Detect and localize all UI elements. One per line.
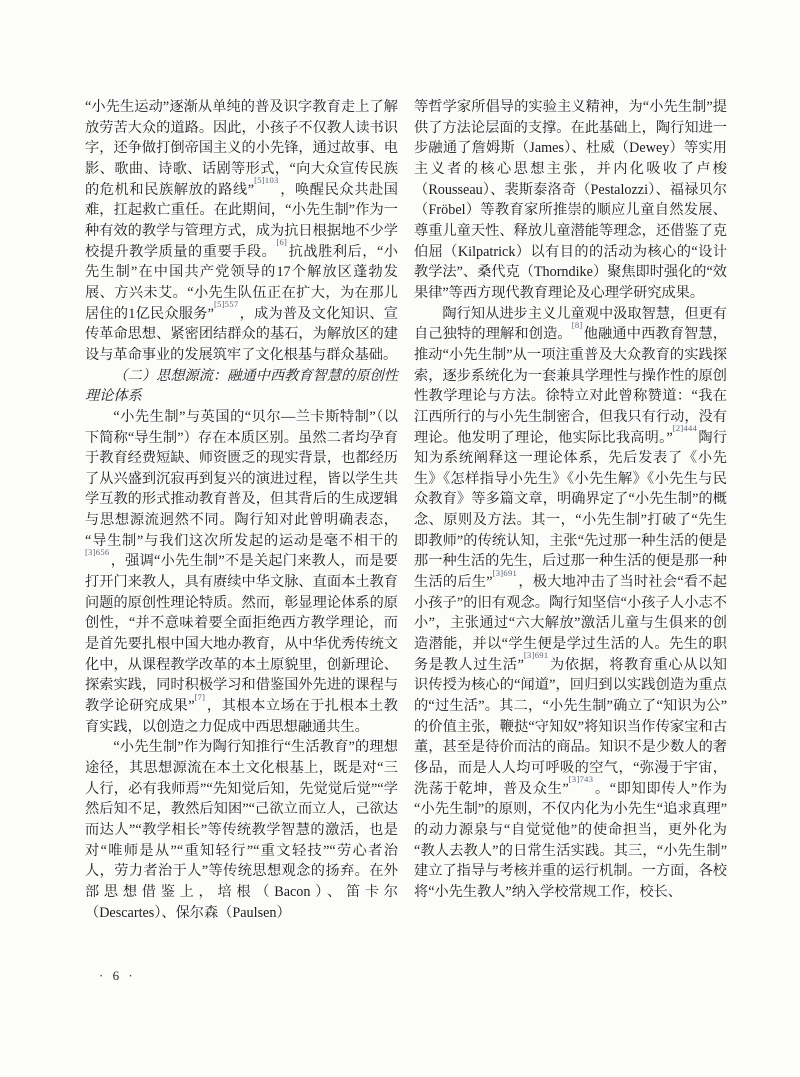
citation-ref: [3]691 — [493, 568, 517, 578]
citation-ref: [6] — [276, 237, 287, 247]
citation-ref: [3]691 — [524, 650, 548, 660]
column-left: “小先生运动”逐渐从单纯的普及识字教育走上了解放劳苦大众的道路。因此，小孩子不仅… — [85, 97, 398, 923]
citation-ref: [2]444 — [673, 423, 697, 433]
citation-ref: [8] — [572, 320, 583, 330]
text-columns: “小先生运动”逐渐从单纯的普及识字教育走上了解放劳苦大众的道路。因此，小孩子不仅… — [85, 97, 727, 923]
paragraph: 等哲学家所倡导的实验主义精神，为“小先生制”提供了方法论层面的支撑。在此基础上，… — [414, 97, 727, 304]
paper-page: “小先生运动”逐渐从单纯的普及识字教育走上了解放劳苦大众的道路。因此，小孩子不仅… — [0, 0, 800, 1077]
citation-ref: [5]103 — [254, 175, 278, 185]
page-number: · 6 · — [99, 968, 136, 984]
section-heading: （二）思想源流：融通中西教育智慧的原创性理论体系 — [85, 366, 398, 407]
citation-ref: [7] — [195, 692, 206, 702]
paragraph: “小先生制”作为陶行知推行“生活教育”的理想途径，其思想源流在本土文化根基上，既… — [85, 737, 398, 923]
citation-ref: [3]743 — [569, 774, 593, 784]
paragraph: “小先生制”与英国的“贝尔—兰卡斯特制”（以下简称“导生制”）存在本质区别。虽然… — [85, 407, 398, 738]
citation-ref: [5]557 — [214, 299, 238, 309]
column-right: 等哲学家所倡导的实验主义精神，为“小先生制”提供了方法论层面的支撑。在此基础上，… — [414, 97, 727, 923]
paragraph: “小先生运动”逐渐从单纯的普及识字教育走上了解放劳苦大众的道路。因此，小孩子不仅… — [85, 97, 398, 366]
citation-ref: [3]656 — [85, 547, 109, 557]
paragraph: 陶行知从进步主义儿童观中汲取智慧，但更有自己独特的理解和创造。[8]他融通中西教… — [414, 304, 727, 903]
